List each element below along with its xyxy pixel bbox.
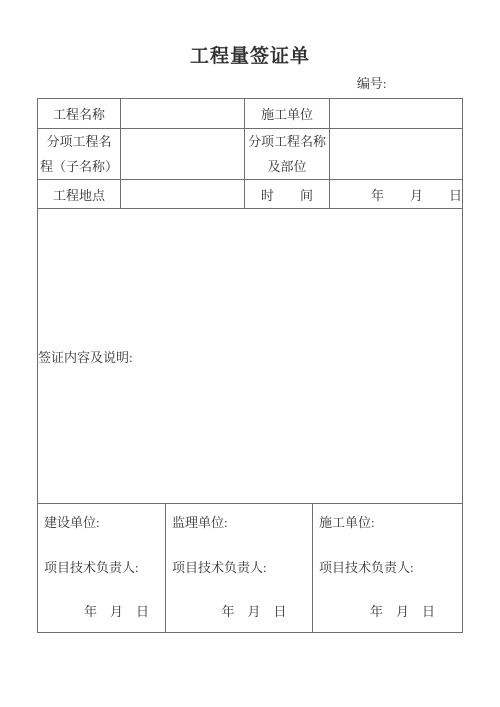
construction-unit-field[interactable] [330, 99, 463, 129]
time-date-placeholder: 年 月 日 [330, 180, 463, 209]
contractor-person-label: 项目技术负责人: [319, 557, 456, 576]
signature-form-table: 工程名称 施工单位 分项工程名 程（子名称） 分项工程名称 及部位 工程 [37, 98, 463, 633]
location-field[interactable] [121, 180, 245, 209]
project-name-label: 工程名称 [38, 99, 121, 129]
supervisor-date-placeholder: 年 月 日 [172, 601, 306, 624]
owner-date-placeholder: 年 月 日 [44, 601, 159, 624]
sub-project-name-label: 分项工程名 程（子名称） [38, 129, 121, 180]
sub-project-part-label: 分项工程名称 及部位 [245, 129, 330, 180]
sub-project-part-label-line2: 及部位 [245, 154, 329, 179]
signature-block-contractor: 施工单位: 项目技术负责人: 年 月 日 [312, 504, 462, 632]
time-label: 时 间 [245, 180, 330, 209]
construction-unit-label: 施工单位 [245, 99, 330, 129]
content-field[interactable]: 签证内容及说明: [38, 209, 463, 504]
project-name-field[interactable] [121, 99, 245, 129]
sub-project-part-label-line1: 分项工程名称 [245, 129, 329, 154]
supervisor-unit-label: 监理单位: [172, 512, 306, 531]
supervisor-person-label: 项目技术负责人: [172, 557, 306, 576]
owner-person-label: 项目技术负责人: [44, 557, 159, 576]
owner-unit-label: 建设单位: [44, 512, 159, 531]
contractor-unit-label: 施工单位: [319, 512, 456, 531]
signature-section: 建设单位: 项目技术负责人: 年 月 日 监理单位: 项目技术负责人: 年 月 … [38, 504, 463, 633]
location-label: 工程地点 [38, 180, 121, 209]
form-number-label: 编号: [38, 75, 463, 93]
sub-project-part-field[interactable] [330, 129, 463, 180]
form-title: 工程量签证单 [0, 0, 500, 69]
sub-project-name-label-line2: 程（子名称） [38, 154, 120, 179]
signature-block-construction-owner: 建设单位: 项目技术负责人: 年 月 日 [38, 504, 165, 632]
contractor-date-placeholder: 年 月 日 [319, 601, 456, 624]
sub-project-name-label-line1: 分项工程名 [38, 129, 120, 154]
sub-project-name-field[interactable] [121, 129, 245, 180]
content-label: 签证内容及说明: [38, 350, 133, 365]
document-page: 工程量签证单 编号: 工程名称 施工单位 分项工程名 程（子名称） 分项工程名称 [0, 0, 500, 707]
signature-block-supervisor: 监理单位: 项目技术负责人: 年 月 日 [165, 504, 312, 632]
